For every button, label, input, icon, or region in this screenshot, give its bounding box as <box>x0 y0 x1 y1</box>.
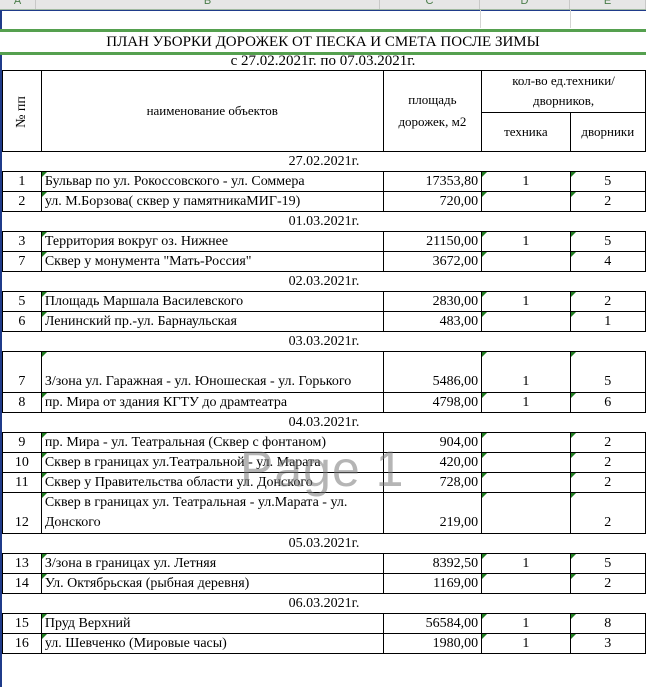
area-value[interactable]: 720,00 <box>383 192 481 212</box>
table-row: 6Ленинский пр.-ул. Барнаульская483,001 <box>3 312 646 332</box>
area-value[interactable]: 5486,00 <box>383 352 481 393</box>
janitor-count[interactable]: 2 <box>570 473 645 493</box>
date-label[interactable]: 05.03.2021г. <box>3 534 646 554</box>
janitor-count[interactable]: 2 <box>570 292 645 312</box>
table-row: 13З/зона в границах ул. Летняя8392,5015 <box>3 554 646 574</box>
table-row: 7З/зона ул. Гаражная - ул. Юношеская - у… <box>3 352 646 393</box>
row-number[interactable]: 1 <box>3 172 42 192</box>
date-group-row: 27.02.2021г. <box>3 152 646 172</box>
area-value[interactable]: 219,00 <box>383 493 481 534</box>
object-name[interactable]: пр. Мира - ул. Театральная (Сквер с фонт… <box>41 433 383 453</box>
date-label[interactable]: 02.03.2021г. <box>3 272 646 292</box>
janitor-count[interactable]: 2 <box>570 433 645 453</box>
table-row: 9 пр. Мира - ул. Театральная (Сквер с фо… <box>3 433 646 453</box>
header-name[interactable]: наименование объектов <box>41 71 383 152</box>
column-header-d[interactable]: D <box>480 0 570 9</box>
row-number[interactable]: 2 <box>3 192 42 212</box>
area-value[interactable]: 483,00 <box>383 312 481 332</box>
tech-count[interactable]: 1 <box>482 352 570 393</box>
row-number[interactable]: 10 <box>3 453 42 473</box>
janitor-count[interactable]: 5 <box>570 352 645 393</box>
row-number[interactable]: 13 <box>3 554 42 574</box>
table-row: 5Площадь Маршала Василевского2830,0012 <box>3 292 646 312</box>
object-name[interactable]: З/зона ул. Гаражная - ул. Юношеская - ул… <box>41 352 383 393</box>
janitor-count[interactable]: 5 <box>570 172 645 192</box>
tech-count[interactable] <box>482 473 570 493</box>
object-name[interactable]: Пруд Верхний <box>41 614 383 634</box>
tech-count[interactable] <box>482 493 570 534</box>
tech-count[interactable] <box>482 574 570 594</box>
object-name[interactable]: Сквер у Правительства области ул. Донско… <box>41 473 383 493</box>
tech-count[interactable] <box>482 192 570 212</box>
date-group-row: 06.03.2021г. <box>3 594 646 614</box>
table-row: 11Сквер у Правительства области ул. Донс… <box>3 473 646 493</box>
area-value[interactable]: 56584,00 <box>383 614 481 634</box>
tech-count[interactable] <box>482 252 570 272</box>
object-name[interactable]: Бульвар по ул. Рокоссовского - ул. Сомме… <box>41 172 383 192</box>
row-number[interactable]: 14 <box>3 574 42 594</box>
table-row: 10Сквер в границах ул.Театральной - ул. … <box>3 453 646 473</box>
table-row: 3Территория вокруг оз. Нижнее21150,0015 <box>3 232 646 252</box>
table-row: 14Ул. Октябрьская (рыбная деревня)1169,0… <box>3 574 646 594</box>
object-name[interactable]: Сквер в границах ул. Театральная - ул.Ма… <box>41 493 383 534</box>
table-row: 7Сквер у монумента "Мать-Россия"3672,004 <box>3 252 646 272</box>
tech-count[interactable] <box>482 312 570 332</box>
tech-count[interactable] <box>482 453 570 473</box>
janitor-count[interactable]: 5 <box>570 554 645 574</box>
tech-count[interactable]: 1 <box>482 292 570 312</box>
header-janitors[interactable]: дворники <box>570 112 645 152</box>
area-value[interactable]: 4798,00 <box>383 393 481 413</box>
janitor-count[interactable]: 2 <box>570 453 645 473</box>
area-value[interactable]: 3672,00 <box>383 252 481 272</box>
gridline <box>570 10 571 28</box>
tech-count[interactable]: 1 <box>482 614 570 634</box>
header-area[interactable]: площадь дорожек, м2 <box>383 71 481 152</box>
area-value[interactable]: 21150,00 <box>383 232 481 252</box>
tech-count[interactable]: 1 <box>482 393 570 413</box>
object-name[interactable]: ул. Шевченко (Мировые часы) <box>41 634 383 654</box>
data-table: № пп наименование объектов площадь дорож… <box>2 70 646 654</box>
area-value[interactable]: 17353,80 <box>383 172 481 192</box>
table-row: 8пр. Мира от здания КГТУ до драмтеатра47… <box>3 393 646 413</box>
janitor-count[interactable]: 6 <box>570 393 645 413</box>
column-header-b[interactable]: B <box>36 0 380 9</box>
tech-count[interactable] <box>482 433 570 453</box>
row-number[interactable]: 11 <box>3 473 42 493</box>
janitor-count[interactable]: 5 <box>570 232 645 252</box>
area-value[interactable]: 904,00 <box>383 433 481 453</box>
janitor-count[interactable]: 8 <box>570 614 645 634</box>
area-value[interactable]: 1980,00 <box>383 634 481 654</box>
object-name[interactable]: Ул. Октябрьская (рыбная деревня) <box>41 574 383 594</box>
row-number[interactable]: 6 <box>3 312 42 332</box>
table-row: 12Сквер в границах ул. Театральная - ул.… <box>3 493 646 534</box>
date-group-row: 02.03.2021г. <box>3 272 646 292</box>
tech-count[interactable]: 1 <box>482 232 570 252</box>
row-number[interactable]: 7 <box>3 352 42 393</box>
object-name[interactable]: пр. Мира от здания КГТУ до драмтеатра <box>41 393 383 413</box>
date-label[interactable]: 06.03.2021г. <box>3 594 646 614</box>
object-name[interactable]: Сквер у монумента "Мать-Россия" <box>41 252 383 272</box>
header-count-group[interactable]: кол-во ед.техники/дворников, <box>482 71 646 113</box>
area-value[interactable]: 420,00 <box>383 453 481 473</box>
tech-count[interactable]: 1 <box>482 634 570 654</box>
date-label[interactable]: 04.03.2021г. <box>3 413 646 433</box>
tech-count[interactable]: 1 <box>482 172 570 192</box>
table-row: 15Пруд Верхний56584,0018 <box>3 614 646 634</box>
janitor-count[interactable]: 2 <box>570 574 645 594</box>
row-number[interactable]: 9 <box>3 433 42 453</box>
object-name[interactable]: Площадь Маршала Василевского <box>41 292 383 312</box>
table-row: 2ул. М.Борзова( сквер у памятникаМИГ-19)… <box>3 192 646 212</box>
date-group-row: 05.03.2021г. <box>3 534 646 554</box>
date-label[interactable]: 03.03.2021г. <box>3 332 646 352</box>
janitor-count[interactable]: 4 <box>570 252 645 272</box>
row-number[interactable]: 7 <box>3 252 42 272</box>
gridline <box>480 10 481 28</box>
row-number[interactable]: 5 <box>3 292 42 312</box>
row-number[interactable]: 12 <box>3 493 42 534</box>
object-name[interactable]: Сквер в границах ул.Театральной - ул. Ма… <box>41 453 383 473</box>
table-row: 1Бульвар по ул. Рокоссовского - ул. Сомм… <box>3 172 646 192</box>
date-group-row: 03.03.2021г. <box>3 332 646 352</box>
object-name[interactable]: ул. М.Борзова( сквер у памятникаМИГ-19) <box>41 192 383 212</box>
row-number[interactable]: 8 <box>3 393 42 413</box>
area-value[interactable]: 1169,00 <box>383 574 481 594</box>
object-name[interactable]: З/зона в границах ул. Летняя <box>41 554 383 574</box>
object-name[interactable]: Ленинский пр.-ул. Барнаульская <box>41 312 383 332</box>
column-header-bar: A B C D E <box>0 0 646 10</box>
date-group-row: 01.03.2021г. <box>3 212 646 232</box>
row-number[interactable]: 15 <box>3 614 42 634</box>
column-header-e[interactable]: E <box>570 0 646 9</box>
header-tech[interactable]: техника <box>482 112 570 152</box>
janitor-count[interactable]: 2 <box>570 192 645 212</box>
area-value[interactable]: 728,00 <box>383 473 481 493</box>
object-name[interactable]: Территория вокруг оз. Нижнее <box>41 232 383 252</box>
column-header-a[interactable]: A <box>0 0 36 9</box>
table-row: 16ул. Шевченко (Мировые часы)1980,0013 <box>3 634 646 654</box>
header-num[interactable]: № пп <box>3 71 42 152</box>
janitor-count[interactable]: 3 <box>570 634 645 654</box>
janitor-count[interactable]: 2 <box>570 493 645 534</box>
row-number[interactable]: 16 <box>3 634 42 654</box>
row-number[interactable]: 3 <box>3 232 42 252</box>
date-label[interactable]: 27.02.2021г. <box>3 152 646 172</box>
column-header-c[interactable]: C <box>380 0 480 9</box>
date-label[interactable]: 01.03.2021г. <box>3 212 646 232</box>
janitor-count[interactable]: 1 <box>570 312 645 332</box>
area-value[interactable]: 8392,50 <box>383 554 481 574</box>
area-value[interactable]: 2830,00 <box>383 292 481 312</box>
date-group-row: 04.03.2021г. <box>3 413 646 433</box>
tech-count[interactable]: 1 <box>482 554 570 574</box>
date-range[interactable]: с 27.02.2021г. по 07.03.2021г. <box>0 52 646 70</box>
